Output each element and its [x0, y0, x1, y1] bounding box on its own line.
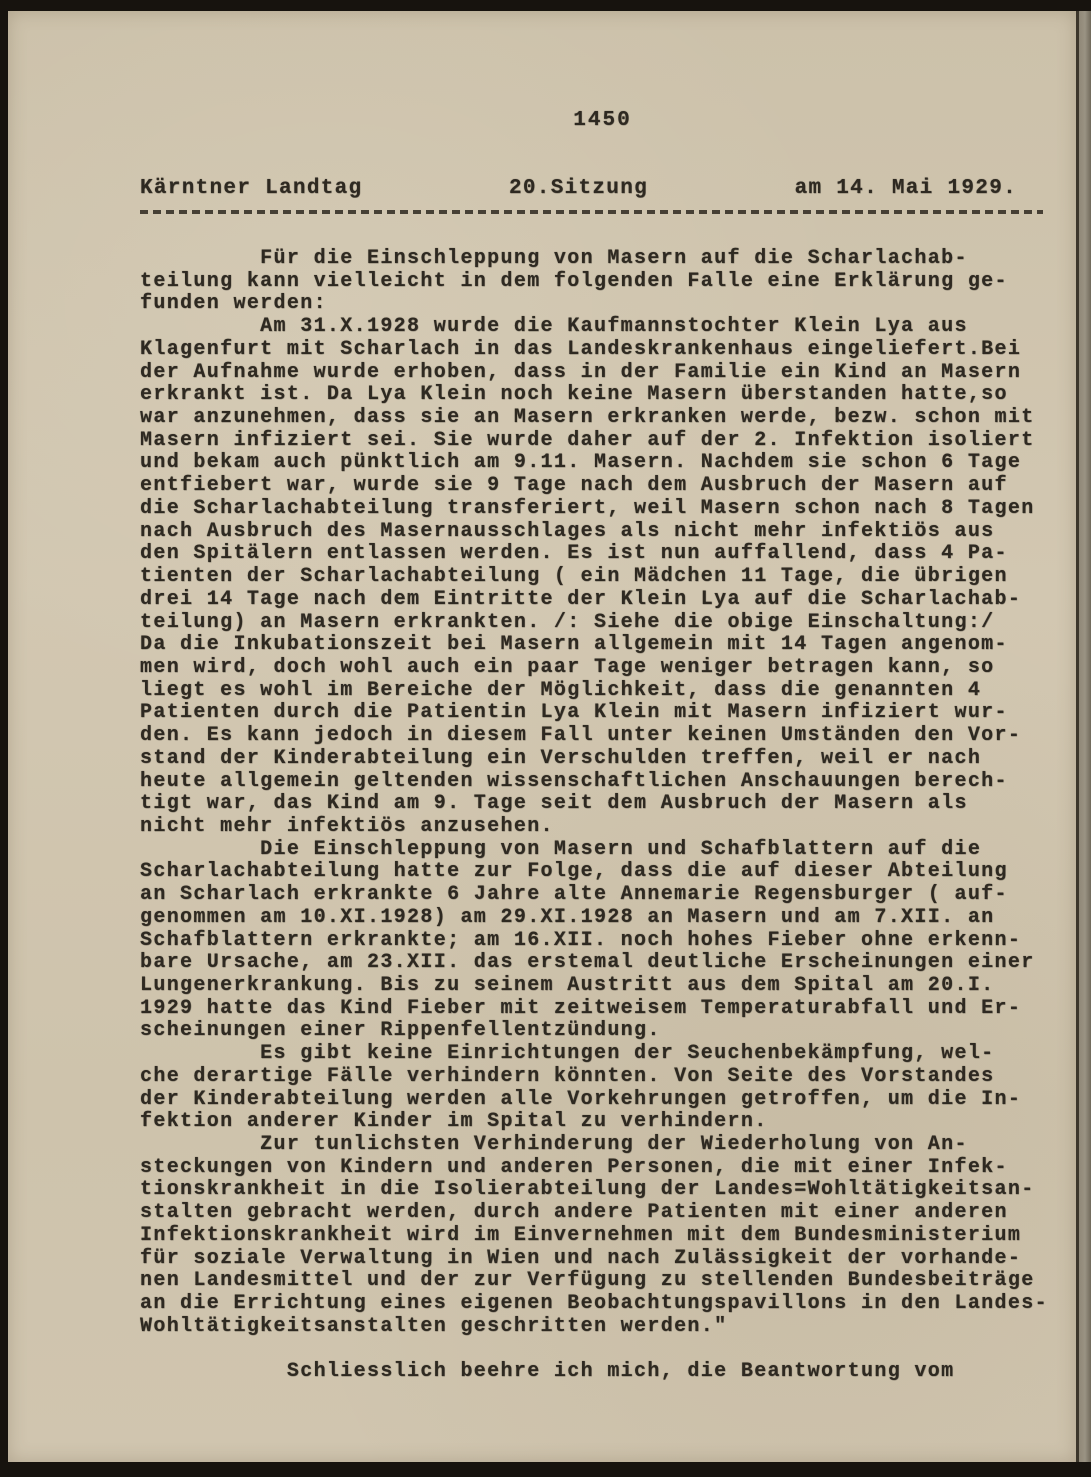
text-line: stalten gebracht werden, durch andere Pa…: [140, 1202, 1045, 1225]
text-line: Die Einschleppung von Masern und Schafbl…: [140, 839, 1045, 862]
text-line: Scharlachabteilung hatte zur Folge, dass…: [140, 861, 1045, 884]
text-line: tienten der Scharlachabteilung ( ein Mäd…: [140, 566, 1045, 589]
text-line: nen Landesmittel und der zur Verfügung z…: [140, 1270, 1045, 1293]
text-line: Masern infiziert sei. Sie wurde daher au…: [140, 430, 1045, 453]
text-line: Patienten durch die Patientin Lya Klein …: [140, 702, 1045, 725]
text-line: [140, 1339, 1045, 1362]
document-body: Für die Einschleppung von Masern auf die…: [140, 248, 1045, 1384]
text-line: der Kinderabteilung werden alle Vorkehru…: [140, 1089, 1045, 1112]
text-line: Lungenerkrankung. Bis zu seinem Austritt…: [140, 975, 1045, 998]
page-number: 1450: [140, 109, 1045, 133]
text-line: genommen am 10.XI.1928) am 29.XI.1928 an…: [140, 907, 1045, 930]
page-stack-edge: [1076, 11, 1091, 1462]
text-line: men wird, doch wohl auch ein paar Tage w…: [140, 657, 1045, 680]
text-line: nach Ausbruch des Masernausschlages als …: [140, 521, 1045, 544]
text-line: Klagenfurt mit Scharlach in das Landeskr…: [140, 339, 1045, 362]
text-line: Schafblattern erkrankte; am 16.XII. noch…: [140, 930, 1045, 953]
text-line: nicht mehr infektiös anzusehen.: [140, 816, 1045, 839]
text-line: und bekam auch pünktlich am 9.11. Masern…: [140, 452, 1045, 475]
dashed-divider: [140, 210, 1043, 214]
text-line: für soziale Verwaltung in Wien und nach …: [140, 1248, 1045, 1271]
page-header: Kärntner Landtag 20.Sitzung am 14. Mai 1…: [140, 177, 1045, 201]
text-line: war anzunehmen, dass sie an Masern erkra…: [140, 407, 1045, 430]
paper-sheet: 1450 Kärntner Landtag 20.Sitzung am 14. …: [8, 11, 1076, 1462]
text-line: Für die Einschleppung von Masern auf die…: [140, 248, 1045, 271]
text-line: 1929 hatte das Kind Fieber mit zeitweise…: [140, 998, 1045, 1021]
text-line: Da die Inkubationszeit bei Masern allgem…: [140, 634, 1045, 657]
text-line: liegt es wohl im Bereiche der Möglichkei…: [140, 680, 1045, 703]
text-line: funden werden:: [140, 293, 1045, 316]
text-line: tigt war, das Kind am 9. Tage seit dem A…: [140, 793, 1045, 816]
text-line: drei 14 Tage nach dem Eintritte der Klei…: [140, 589, 1045, 612]
scanned-document-page: 1450 Kärntner Landtag 20.Sitzung am 14. …: [0, 0, 1091, 1477]
text-line: bare Ursache, am 23.XII. das erstemal de…: [140, 952, 1045, 975]
text-line: fektion anderer Kinder im Spital zu verh…: [140, 1111, 1045, 1134]
text-line: che derartige Fälle verhindern könnten. …: [140, 1066, 1045, 1089]
text-line: stand der Kinderabteilung ein Verschulde…: [140, 748, 1045, 771]
text-line: den. Es kann jedoch in diesem Fall unter…: [140, 725, 1045, 748]
text-line: der Aufnahme wurde erhoben, dass in der …: [140, 362, 1045, 385]
text-line: teilung kann vielleicht in dem folgenden…: [140, 271, 1045, 294]
header-date: am 14. Mai 1929.: [795, 177, 1017, 201]
header-institution: Kärntner Landtag: [140, 177, 362, 201]
header-session: 20.Sitzung: [509, 177, 648, 201]
text-line: Es gibt keine Einrichtungen der Seuchenb…: [140, 1043, 1045, 1066]
text-line: teilung) an Masern erkrankten. /: Siehe …: [140, 612, 1045, 635]
text-line: Wohltätigkeitsanstalten geschritten werd…: [140, 1316, 1045, 1339]
text-line: entfiebert war, wurde sie 9 Tage nach de…: [140, 475, 1045, 498]
text-line: Am 31.X.1928 wurde die Kaufmannstochter …: [140, 316, 1045, 339]
text-line: Infektionskrankheit wird im Einvernehmen…: [140, 1225, 1045, 1248]
text-line: scheinungen einer Rippenfellentzündung.: [140, 1020, 1045, 1043]
text-line: Zur tunlichsten Verhinderung der Wiederh…: [140, 1134, 1045, 1157]
text-line: steckungen von Kindern und anderen Perso…: [140, 1157, 1045, 1180]
text-line: erkrankt ist. Da Lya Klein noch keine Ma…: [140, 384, 1045, 407]
text-line: tionskrankheit in die Isolierabteilung d…: [140, 1179, 1045, 1202]
text-line: den Spitälern entlassen werden. Es ist n…: [140, 543, 1045, 566]
text-line: heute allgemein geltenden wissenschaftli…: [140, 771, 1045, 794]
text-line: an Scharlach erkrankte 6 Jahre alte Anne…: [140, 884, 1045, 907]
text-line: an die Errichtung eines eigenen Beobacht…: [140, 1293, 1045, 1316]
text-line: die Scharlachabteilung transferiert, wei…: [140, 498, 1045, 521]
page-content: 1450 Kärntner Landtag 20.Sitzung am 14. …: [140, 11, 1045, 1384]
text-line: Schliesslich beehre ich mich, die Beantw…: [140, 1361, 1045, 1384]
